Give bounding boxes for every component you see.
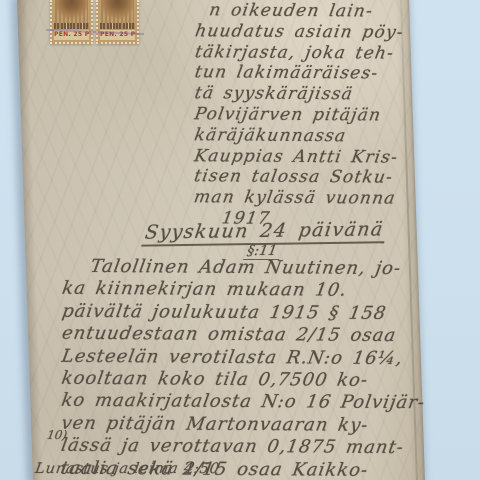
margin-note: 10) bbox=[46, 428, 66, 442]
handwritten-line: huudatus asiain pöy- bbox=[194, 21, 425, 43]
handwritten-line: tun lakimääräises- bbox=[193, 63, 424, 85]
handwritten-line: Lesteelän verotilasta R.N:o 16¼, bbox=[60, 345, 432, 370]
stamp-microtext-band bbox=[54, 23, 89, 29]
handwritten-line: päivältä joulukuuta 1915 § 158 bbox=[60, 301, 432, 326]
handwritten-line: Talollinen Adam Nuutinen, jo- bbox=[61, 256, 433, 281]
handwritten-line: entuudestaan omistaa 2/15 osaa bbox=[60, 323, 432, 348]
footer-fee-note: Lunastus ja leima 4:50 bbox=[34, 461, 218, 477]
handwritten-line: käräjäkunnassa bbox=[193, 125, 424, 147]
margin-note-text: 10) bbox=[46, 428, 68, 442]
body-paragraph: Talollinen Adam Nuutinen, jo- ka kiinnek… bbox=[59, 256, 429, 480]
handwritten-line: täkirjasta, joka teh- bbox=[193, 42, 424, 64]
handwritten-line: ven pitäjän Martonvaaran ky- bbox=[60, 413, 432, 438]
handwritten-line: man kylässä vuonna bbox=[192, 187, 423, 209]
header-paragraph: n oikeuden lain- huudatus asiain pöy- tä… bbox=[192, 0, 422, 230]
handwritten-line: ka kiinnekirjan mukaan 10. bbox=[60, 278, 432, 303]
document-photo: PEN. 25 PEN. PEN. 25 PEN. n oikeuden lai… bbox=[0, 0, 480, 480]
stamp-emblem-icon bbox=[101, 0, 134, 24]
footer-fee-text: Lunastus ja leima 4:50 bbox=[34, 461, 221, 477]
handwritten-line: tisen talossa Sotku- bbox=[192, 167, 423, 189]
handwritten-line: Polvijärven pitäjän bbox=[193, 104, 424, 126]
handwritten-line: n oikeuden lain- bbox=[208, 0, 425, 22]
stamp-emblem-icon bbox=[55, 0, 88, 24]
handwritten-line: Kauppias Antti Kris- bbox=[193, 146, 424, 168]
stamp-microtext-band bbox=[100, 23, 135, 29]
handwritten-line: lässä ja verottavan 0,1875 mant- bbox=[59, 435, 431, 460]
handwritten-line: kooltaan koko tila 0,7500 ko- bbox=[60, 368, 432, 393]
handwritten-line: ko maakirjatalosta N:o 16 Polvijär- bbox=[60, 390, 432, 415]
handwritten-line: tä syyskäräjissä bbox=[193, 83, 424, 105]
